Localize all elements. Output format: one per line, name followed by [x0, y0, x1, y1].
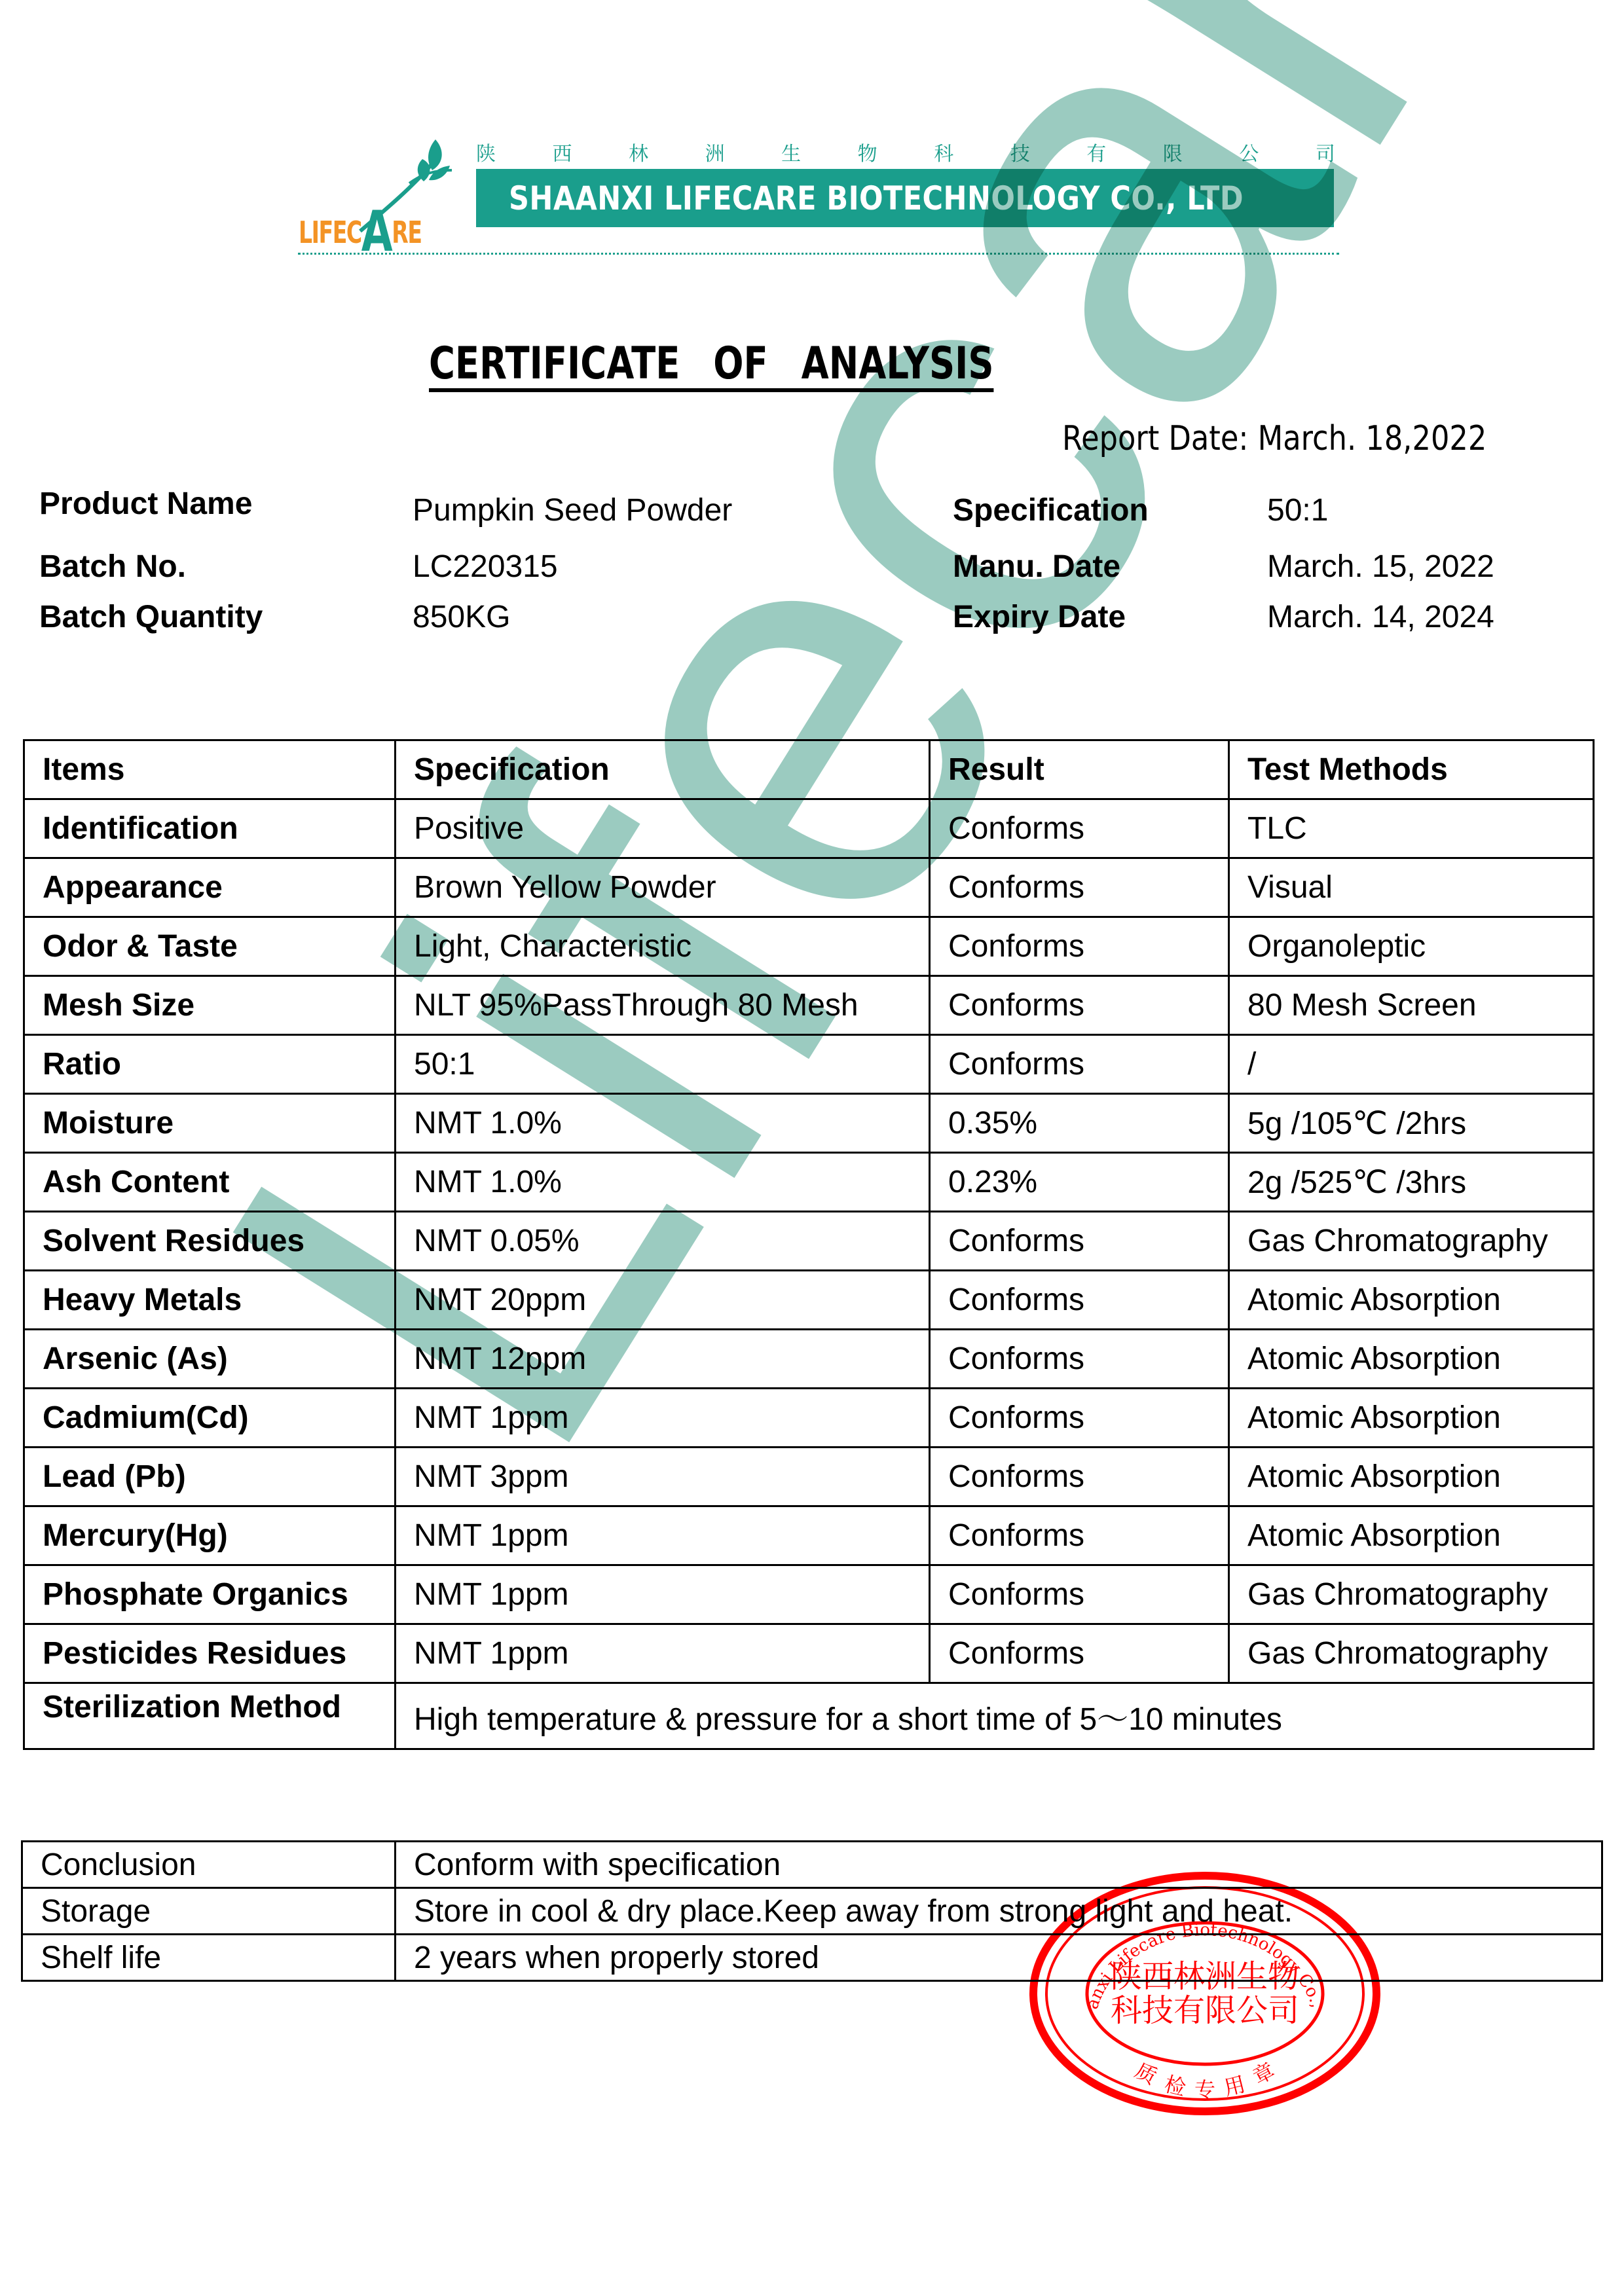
cn-char: 生: [781, 137, 801, 164]
cell-test-method: Atomic Absorption: [1229, 1389, 1594, 1448]
logo-text-a: A: [361, 199, 392, 264]
cell-item: Mercury(Hg): [24, 1506, 396, 1565]
cell-result: Conforms: [930, 1330, 1229, 1389]
page-title: CERTIFICATE OF ANALYSIS: [429, 340, 994, 392]
cell-test-method: Atomic Absorption: [1229, 1330, 1594, 1389]
table-row: Pesticides ResiduesNMT 1ppmConformsGas C…: [24, 1624, 1594, 1683]
cell-item: Ash Content: [24, 1153, 396, 1212]
cell-specification: NMT 20ppm: [396, 1271, 930, 1330]
stamp-line-1: 陕西林洲生物: [1111, 1958, 1299, 1995]
cell-test-method: Atomic Absorption: [1229, 1506, 1594, 1565]
cn-char: 技: [1010, 137, 1030, 164]
cell-result: Conforms: [930, 1506, 1229, 1565]
cell-result: Conforms: [930, 1389, 1229, 1448]
specification-label: Specification: [953, 492, 1149, 528]
cn-char: 司: [1316, 137, 1335, 164]
cn-char: 陕: [476, 137, 496, 164]
company-seal-stamp-icon: Shaanxi Lifecare Biotechnology Co., Ltd …: [1028, 1869, 1382, 2118]
table-row: Lead (Pb)NMT 3ppmConformsAtomic Absorpti…: [24, 1448, 1594, 1506]
cell-item: Cadmium(Cd): [24, 1389, 396, 1448]
cell-test-method: 2g /525℃ /3hrs: [1229, 1153, 1594, 1212]
cn-char: 物: [858, 137, 877, 164]
cell-test-method: Organoleptic: [1229, 917, 1594, 976]
cell-result: 0.35%: [930, 1094, 1229, 1153]
specification-value: 50:1: [1267, 492, 1328, 528]
cell-item: Lead (Pb): [24, 1448, 396, 1506]
batch-no-label: Batch No.: [39, 549, 186, 585]
cell-specification: NMT 0.05%: [396, 1212, 930, 1271]
conclusion-value: Conform with specification: [396, 1842, 1602, 1888]
cell-specification: 50:1: [396, 1035, 930, 1094]
stamp-bottom-char: 检: [1162, 2071, 1189, 2101]
logo-text-right: RE: [392, 215, 421, 250]
cell-item: Pesticides Residues: [24, 1624, 396, 1683]
cell-item: Mesh Size: [24, 976, 396, 1035]
cell-item: Identification: [24, 799, 396, 858]
cell-test-method: 5g /105℃ /2hrs: [1229, 1094, 1594, 1153]
lifecare-wordmark: LIFECARE: [299, 191, 422, 257]
stamp-bottom-char: 章: [1249, 2058, 1279, 2090]
table-row: Solvent ResiduesNMT 0.05%ConformsGas Chr…: [24, 1212, 1594, 1271]
header-items: Items: [24, 740, 396, 799]
cell-item: Odor & Taste: [24, 917, 396, 976]
sterilization-row: Sterilization Method High temperature & …: [24, 1683, 1594, 1749]
logo-text-left: LIFEC: [299, 215, 361, 250]
company-name-banner: SHAANXI LIFECARE BIOTECHNOLOGY CO., LTD: [476, 169, 1334, 227]
cell-result: Conforms: [930, 858, 1229, 917]
company-name-english: SHAANXI LIFECARE BIOTECHNOLOGY CO., LTD: [509, 179, 1244, 217]
cell-result: Conforms: [930, 917, 1229, 976]
cell-test-method: Gas Chromatography: [1229, 1212, 1594, 1271]
cell-specification: Positive: [396, 799, 930, 858]
company-name-chinese: 陕 西 林 洲 生 物 科 技 有 限 公 司: [476, 137, 1335, 164]
table-row: Mesh SizeNLT 95%PassThrough 80 MeshConfo…: [24, 976, 1594, 1035]
shelf-life-label: Shelf life: [22, 1935, 396, 1981]
cell-item: Heavy Metals: [24, 1271, 396, 1330]
product-name-label: Product Name: [39, 486, 252, 522]
shelf-life-value: 2 years when properly stored: [396, 1935, 1602, 1981]
cell-test-method: Gas Chromatography: [1229, 1624, 1594, 1683]
cell-specification: NMT 1ppm: [396, 1624, 930, 1683]
cell-test-method: 80 Mesh Screen: [1229, 976, 1594, 1035]
table-row: Ash ContentNMT 1.0%0.23%2g /525℃ /3hrs: [24, 1153, 1594, 1212]
table-row: Phosphate OrganicsNMT 1ppmConformsGas Ch…: [24, 1565, 1594, 1624]
header-result: Result: [930, 740, 1229, 799]
cell-specification: NMT 3ppm: [396, 1448, 930, 1506]
cell-test-method: TLC: [1229, 799, 1594, 858]
expiry-date-label: Expiry Date: [953, 599, 1126, 635]
cell-specification: NMT 1ppm: [396, 1389, 930, 1448]
cn-char: 林: [629, 137, 648, 164]
table-row: Mercury(Hg)NMT 1ppmConformsAtomic Absorp…: [24, 1506, 1594, 1565]
cell-test-method: /: [1229, 1035, 1594, 1094]
cell-specification: NMT 1ppm: [396, 1506, 930, 1565]
cell-test-method: Gas Chromatography: [1229, 1565, 1594, 1624]
batch-no-value: LC220315: [413, 549, 558, 585]
cell-item: Solvent Residues: [24, 1212, 396, 1271]
manu-date-value: March. 15, 2022: [1267, 549, 1494, 585]
cn-char: 科: [934, 137, 953, 164]
cell-specification: Brown Yellow Powder: [396, 858, 930, 917]
cell-test-method: Visual: [1229, 858, 1594, 917]
table-row: MoistureNMT 1.0%0.35%5g /105℃ /2hrs: [24, 1094, 1594, 1153]
sterilization-value: High temperature & pressure for a short …: [396, 1683, 1594, 1749]
analysis-table: Items Specification Result Test Methods …: [23, 739, 1595, 1750]
report-date: Report Date: March. 18,2022: [1062, 419, 1486, 458]
cell-specification: NMT 1.0%: [396, 1094, 930, 1153]
cell-specification: NLT 95%PassThrough 80 Mesh: [396, 976, 930, 1035]
batch-quantity-label: Batch Quantity: [39, 599, 263, 635]
conclusion-label: Conclusion: [22, 1842, 396, 1888]
cn-char: 限: [1163, 137, 1183, 164]
cell-result: 0.23%: [930, 1153, 1229, 1212]
stamp-line-2: 科技有限公司: [1111, 1992, 1299, 2029]
table-row: AppearanceBrown Yellow PowderConformsVis…: [24, 858, 1594, 917]
product-name-value: Pumpkin Seed Powder: [413, 492, 732, 528]
stamp-bottom-char: 专: [1194, 2077, 1215, 2102]
cn-char: 有: [1086, 137, 1106, 164]
stamp-bottom-char: 用: [1221, 2071, 1247, 2101]
header-divider: [298, 253, 1339, 255]
table-row: Cadmium(Cd)NMT 1ppmConformsAtomic Absorp…: [24, 1389, 1594, 1448]
table-header-row: Items Specification Result Test Methods: [24, 740, 1594, 799]
cell-result: Conforms: [930, 1624, 1229, 1683]
cell-item: Ratio: [24, 1035, 396, 1094]
cell-result: Conforms: [930, 1212, 1229, 1271]
manu-date-label: Manu. Date: [953, 549, 1120, 585]
cell-item: Appearance: [24, 858, 396, 917]
cell-specification: NMT 12ppm: [396, 1330, 930, 1389]
cell-result: Conforms: [930, 1448, 1229, 1506]
cn-char: 公: [1239, 137, 1259, 164]
cell-specification: NMT 1.0%: [396, 1153, 930, 1212]
table-row: Heavy MetalsNMT 20ppmConformsAtomic Abso…: [24, 1271, 1594, 1330]
cell-test-method: Atomic Absorption: [1229, 1448, 1594, 1506]
cell-result: Conforms: [930, 799, 1229, 858]
sterilization-label: Sterilization Method: [24, 1683, 396, 1749]
cell-item: Arsenic (As): [24, 1330, 396, 1389]
table-row: Ratio50:1Conforms/: [24, 1035, 1594, 1094]
table-row: Arsenic (As)NMT 12ppmConformsAtomic Abso…: [24, 1330, 1594, 1389]
cn-char: 洲: [705, 137, 725, 164]
cell-item: Phosphate Organics: [24, 1565, 396, 1624]
cell-result: Conforms: [930, 1035, 1229, 1094]
cell-test-method: Atomic Absorption: [1229, 1271, 1594, 1330]
storage-label: Storage: [22, 1888, 396, 1935]
header-test-methods: Test Methods: [1229, 740, 1594, 799]
cell-item: Moisture: [24, 1094, 396, 1153]
cell-result: Conforms: [930, 976, 1229, 1035]
cell-result: Conforms: [930, 1271, 1229, 1330]
cn-char: 西: [553, 137, 572, 164]
cell-specification: Light, Characteristic: [396, 917, 930, 976]
table-row: IdentificationPositiveConformsTLC: [24, 799, 1594, 858]
cell-result: Conforms: [930, 1565, 1229, 1624]
cell-specification: NMT 1ppm: [396, 1565, 930, 1624]
header-specification: Specification: [396, 740, 930, 799]
table-row: Odor & TasteLight, CharacteristicConform…: [24, 917, 1594, 976]
stamp-bottom-char: 质: [1131, 2058, 1161, 2090]
batch-quantity-value: 850KG: [413, 599, 510, 635]
expiry-date-value: March. 14, 2024: [1267, 599, 1494, 635]
storage-value: Store in cool & dry place.Keep away from…: [396, 1888, 1602, 1935]
